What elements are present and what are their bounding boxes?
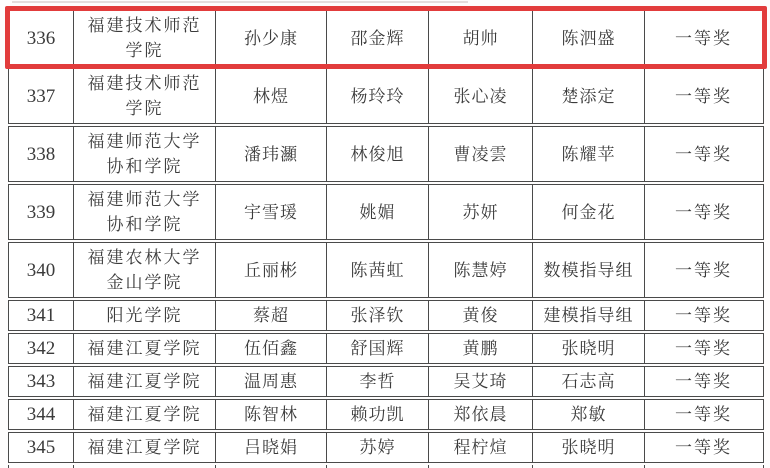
member-3-cell: 黄俊 <box>429 301 533 330</box>
table-row: 340 福建农林大学金山学院 丘丽彬 陈茜虹 陈慧婷 数模指导组 一等奖 <box>8 242 764 298</box>
member-4-cell: 陈泗盛 <box>533 11 645 65</box>
member-4-cell: 张晓明 <box>533 334 645 363</box>
member-1-cell: 林煜 <box>216 69 327 123</box>
member-1-cell: 伍佰鑫 <box>216 334 327 363</box>
member-1-cell: 蔡超 <box>216 301 327 330</box>
row-number-cell: 341 <box>9 301 74 330</box>
table-row: 344 福建江夏学院 陈智林 赖功凯 郑依晨 郑敏 一等奖 <box>8 399 764 430</box>
award-cell: 一等奖 <box>645 11 762 65</box>
awards-table: 336 福建技术师范学院 孙少康 邵金辉 胡帅 陈泗盛 一等奖 337 福建技术… <box>8 10 764 468</box>
member-3-cell: 张心凌 <box>429 69 533 123</box>
table-row: 336 福建技术师范学院 孙少康 邵金辉 胡帅 陈泗盛 一等奖 <box>8 10 764 66</box>
member-1-cell: 温周惠 <box>216 367 327 396</box>
institution-cell: 福建师范大学协和学院 <box>74 185 216 239</box>
member-3-cell: 胡帅 <box>429 11 533 65</box>
member-4-cell: 张晓明 <box>533 433 645 462</box>
table-row: 342 福建江夏学院 伍佰鑫 舒国辉 黄鹏 张晓明 一等奖 <box>8 333 764 364</box>
member-3-cell: 程柠煊 <box>429 433 533 462</box>
member-4-cell: 郑敏 <box>533 400 645 429</box>
institution-cell: 福建江夏学院 <box>74 334 216 363</box>
row-number-cell: 345 <box>9 433 74 462</box>
member-1-cell: 孙少康 <box>216 11 327 65</box>
member-2-cell: 张泽钦 <box>327 301 429 330</box>
member-3-cell: 黄鹏 <box>429 334 533 363</box>
member-4-cell: 陈耀苹 <box>533 127 645 181</box>
member-2-cell: 姚媚 <box>327 185 429 239</box>
award-cell: 一等奖 <box>645 69 762 123</box>
member-2-cell: 林俊旭 <box>327 127 429 181</box>
member-4-cell: 何金花 <box>533 185 645 239</box>
member-1-cell: 潘玮灦 <box>216 127 327 181</box>
row-number-cell: 340 <box>9 243 74 297</box>
member-2-cell: 陈茜虹 <box>327 243 429 297</box>
member-1-cell: 宇雪瑗 <box>216 185 327 239</box>
table-row: 339 福建师范大学协和学院 宇雪瑗 姚媚 苏妍 何金花 一等奖 <box>8 184 764 240</box>
member-1-cell: 吕晓娟 <box>216 433 327 462</box>
award-cell: 一等奖 <box>645 367 762 396</box>
member-3-cell: 郑依晨 <box>429 400 533 429</box>
award-cell: 一等奖 <box>645 185 762 239</box>
member-2-cell: 杨玲玲 <box>327 69 429 123</box>
award-cell: 一等奖 <box>645 400 762 429</box>
previous-row-border-fragment <box>12 1 468 3</box>
table-row: 343 福建江夏学院 温周惠 李哲 吴艾琦 石志高 一等奖 <box>8 366 764 397</box>
member-3-cell: 陈慧婷 <box>429 243 533 297</box>
institution-cell: 福建师范大学协和学院 <box>74 127 216 181</box>
award-cell: 一等奖 <box>645 127 762 181</box>
member-4-cell: 楚添定 <box>533 69 645 123</box>
table-body: 336 福建技术师范学院 孙少康 邵金辉 胡帅 陈泗盛 一等奖 337 福建技术… <box>8 10 764 463</box>
table-row: 338 福建师范大学协和学院 潘玮灦 林俊旭 曹凌雲 陈耀苹 一等奖 <box>8 126 764 182</box>
member-2-cell: 苏婷 <box>327 433 429 462</box>
member-2-cell: 李哲 <box>327 367 429 396</box>
member-4-cell: 石志高 <box>533 367 645 396</box>
row-number-cell: 343 <box>9 367 74 396</box>
row-number-cell: 338 <box>9 127 74 181</box>
table-row: 337 福建技术师范学院 林煜 杨玲玲 张心凌 楚添定 一等奖 <box>8 68 764 124</box>
member-1-cell: 陈智林 <box>216 400 327 429</box>
member-3-cell: 曹凌雲 <box>429 127 533 181</box>
member-4-cell: 建模指导组 <box>533 301 645 330</box>
award-cell: 一等奖 <box>645 243 762 297</box>
row-number-cell: 339 <box>9 185 74 239</box>
member-3-cell: 吴艾琦 <box>429 367 533 396</box>
award-cell: 一等奖 <box>645 433 762 462</box>
award-cell: 一等奖 <box>645 301 762 330</box>
member-1-cell: 丘丽彬 <box>216 243 327 297</box>
member-2-cell: 邵金辉 <box>327 11 429 65</box>
institution-cell: 福建技术师范学院 <box>74 69 216 123</box>
award-cell: 一等奖 <box>645 334 762 363</box>
row-number-cell: 336 <box>9 11 74 65</box>
member-4-cell: 数模指导组 <box>533 243 645 297</box>
institution-cell: 福建江夏学院 <box>74 367 216 396</box>
institution-cell: 福建江夏学院 <box>74 400 216 429</box>
institution-cell: 福建技术师范学院 <box>74 11 216 65</box>
table-row: 341 阳光学院 蔡超 张泽钦 黄俊 建模指导组 一等奖 <box>8 300 764 331</box>
row-number-cell: 344 <box>9 400 74 429</box>
member-2-cell: 赖功凯 <box>327 400 429 429</box>
member-3-cell: 苏妍 <box>429 185 533 239</box>
table-row: 345 福建江夏学院 吕晓娟 苏婷 程柠煊 张晓明 一等奖 <box>8 432 764 463</box>
institution-cell: 阳光学院 <box>74 301 216 330</box>
institution-cell: 福建江夏学院 <box>74 433 216 462</box>
member-2-cell: 舒国辉 <box>327 334 429 363</box>
institution-cell: 福建农林大学金山学院 <box>74 243 216 297</box>
results-table-page: 336 福建技术师范学院 孙少康 邵金辉 胡帅 陈泗盛 一等奖 337 福建技术… <box>0 0 770 468</box>
row-number-cell: 342 <box>9 334 74 363</box>
row-number-cell: 337 <box>9 69 74 123</box>
